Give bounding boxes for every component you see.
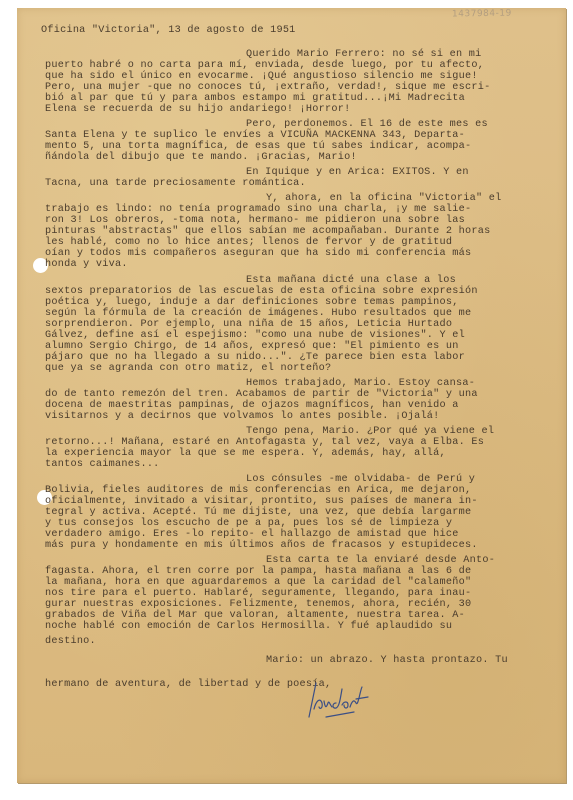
typed-line: bió al par que tú y para ambos estampo m… bbox=[45, 94, 465, 104]
typed-line: oían y todos mis compañeros aseguran que… bbox=[45, 249, 471, 259]
typed-line: la experiencia mayor la que se me espera… bbox=[45, 449, 446, 459]
typed-line: honda y viva. bbox=[45, 260, 128, 270]
typed-line: Bolivia, fieles auditores de mis confere… bbox=[45, 486, 471, 496]
typed-line: destino. bbox=[45, 637, 96, 647]
archive-number: 1437984-19 bbox=[452, 8, 512, 19]
typed-line: alumno Sergio Chirgo, de 14 años, expres… bbox=[45, 342, 459, 352]
typed-line: Hemos trabajado, Mario. Estoy cansa- bbox=[246, 379, 475, 389]
typed-line: sextos preparatorios de las escuelas de … bbox=[45, 287, 478, 297]
typed-line: que ha sido el único en evocarme. ¡Qué a… bbox=[45, 72, 478, 82]
typed-line: sorprendieron. Por ejemplo, una niña de … bbox=[45, 320, 452, 330]
typed-line: Elena se recuerda de su hijo andariego! … bbox=[45, 105, 350, 115]
typed-line: noche hablé con emoción de Carlos Hermos… bbox=[45, 622, 452, 632]
typed-line: puerto habré o no carta para mí, enviada… bbox=[45, 61, 484, 71]
typed-line: ñándola del dibujo que te mando. ¡Gracia… bbox=[45, 153, 357, 163]
typed-line: trabajo es lindo: no tenía programado si… bbox=[45, 205, 471, 215]
typed-line: Tacna, una tarde preciosamente romántica… bbox=[45, 179, 306, 189]
typed-line: retorno...! Mañana, estaré en Antofagast… bbox=[45, 438, 484, 448]
typed-line: pinturas "abstractas" que ellos sabían m… bbox=[45, 227, 490, 237]
typed-line: gurar nuestras exposiciones. Felizmente,… bbox=[45, 600, 471, 610]
typed-line: do de tanto remezón del tren. Acabamos d… bbox=[45, 390, 478, 400]
typed-line: nos tire para el puerto. Hablaré, segura… bbox=[45, 589, 471, 599]
typed-line: tantos caimanes... bbox=[45, 460, 160, 470]
typed-line: Pero, una mujer -que no conoces tú, ¡ext… bbox=[45, 83, 490, 93]
typed-line: que ya se agranda con otro matiz, el nor… bbox=[45, 364, 331, 374]
typed-line: Esta mañana dicté una clase a los bbox=[246, 276, 456, 286]
typed-line: más pura y hondamente en mis últimos año… bbox=[45, 541, 478, 551]
typed-line: docena de maestritas pampinas, de ojazos… bbox=[45, 401, 459, 411]
typed-line: Oficina "Victoria", 13 de agosto de 1951 bbox=[41, 26, 296, 36]
typed-line: verdadero amigo. Eres -lo repito- el hal… bbox=[45, 530, 459, 540]
typed-line: poética y, luego, induje a dar definicio… bbox=[45, 298, 459, 308]
typed-line: Esta carta te la enviaré desde Anto- bbox=[266, 556, 495, 566]
signature-icon bbox=[306, 681, 376, 721]
typed-line: oficialmente, invitado a visitar, pronti… bbox=[45, 497, 478, 507]
typed-line: Gálvez, define así el espejismo: "como u… bbox=[45, 331, 465, 341]
typed-line: pájaro que no ha llegado a su nido...". … bbox=[45, 353, 465, 363]
typed-line: tegral y activa. Acepté. Tú me dijiste, … bbox=[45, 508, 471, 518]
typed-line: Y, ahora, en la oficina "Victoria" el bbox=[266, 194, 501, 204]
typed-line: grabados de Viña del Mar que valoran, al… bbox=[45, 611, 465, 621]
typed-line: ron 3! Los obreros, -toma nota, hermano-… bbox=[45, 216, 465, 226]
typed-line: Querido Mario Ferrero: no sé si en mi bbox=[246, 50, 481, 60]
typed-line: Pero, perdonemos. El 16 de este mes es bbox=[246, 120, 488, 130]
typed-line: visitarnos y a decirnos que volvamos lo … bbox=[45, 412, 440, 422]
typed-line: Los cónsules -me olvidaba- de Perú y bbox=[246, 475, 475, 485]
typed-line: hermano de aventura, de libertad y de po… bbox=[45, 680, 331, 690]
typed-line: fagasta. Ahora, el tren corre por la pam… bbox=[45, 567, 471, 577]
typed-line: les hablé, como no lo hice antes; llenos… bbox=[45, 238, 452, 248]
typed-line: mento 5, una torta magnífica, de esas qu… bbox=[45, 142, 471, 152]
typed-line: Santa Elena y te suplico le envíes a VIC… bbox=[45, 131, 465, 141]
typed-line: según la fórmula de la creación de imáge… bbox=[45, 309, 471, 319]
typed-line: Tengo pena, Mario. ¿Por qué ya viene el bbox=[246, 427, 494, 437]
typed-line: Mario: un abrazo. Y hasta prontazo. Tu bbox=[266, 656, 508, 666]
typed-line: la mañana, hora en que aguardaremos a qu… bbox=[45, 578, 471, 588]
typed-line: y tus consejos los escucho de pe a pa, p… bbox=[45, 519, 452, 529]
typed-line: En Iquique y en Arica: EXITOS. Y en bbox=[246, 168, 469, 178]
